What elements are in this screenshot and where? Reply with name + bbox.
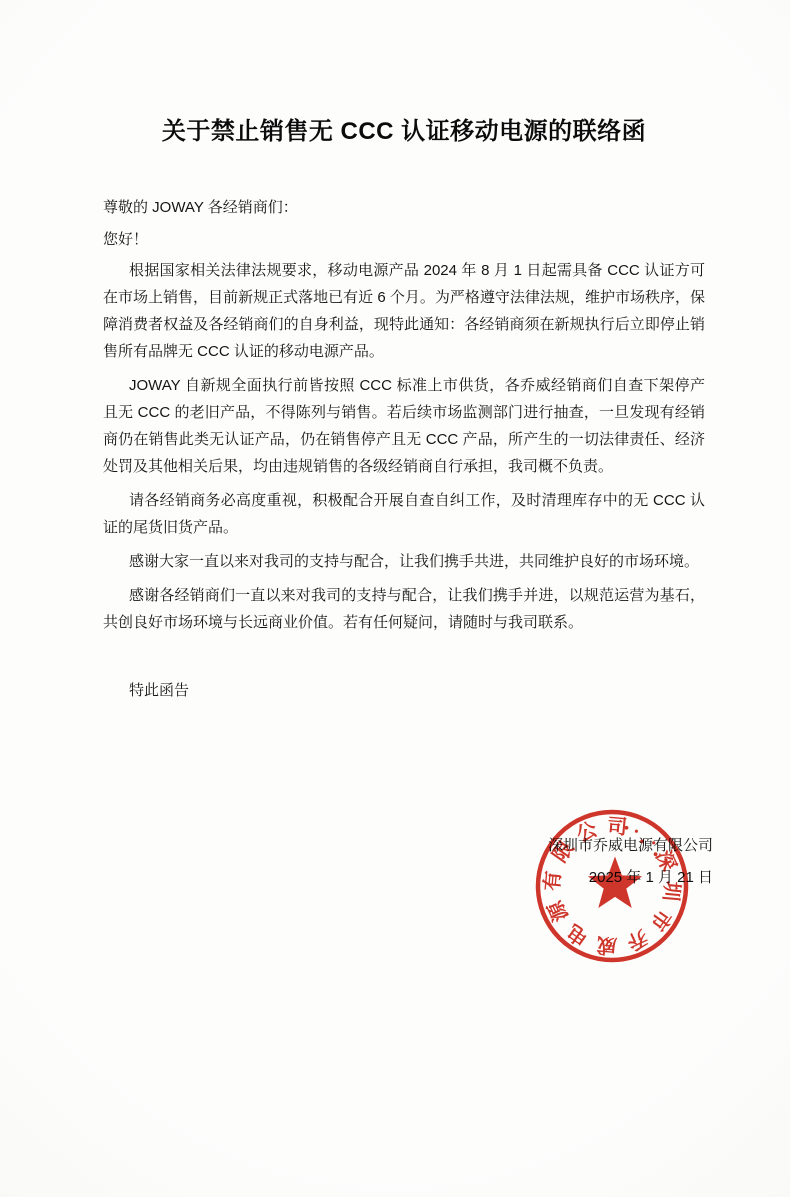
letter-title: 关于禁止销售无 CCC 认证移动电源的联络函 (103, 115, 705, 149)
signature-date: 2025 年 1 月 21 日 (103, 864, 713, 891)
svg-text:威: 威 (596, 933, 618, 959)
paragraph-2: JOWAY 自新规全面执行前皆按照 CCC 标准上市供货，各乔威经销商们自查下架… (103, 372, 705, 480)
paragraph-4: 感谢大家一直以来对我司的支持与配合，让我们携手共进，共同维护良好的市场环境。 (103, 548, 705, 575)
signature-block: 深圳市乔威电源有限公司 2025 年 1 月 21 日 (103, 832, 713, 891)
closing-phrase: 特此函告 (129, 677, 705, 704)
svg-text:电: 电 (563, 920, 593, 951)
letter-document: 关于禁止销售无 CCC 认证移动电源的联络函 尊敬的 JOWAY 各经销商们： … (0, 0, 790, 1197)
svg-text:乔: 乔 (623, 925, 652, 955)
svg-text:源: 源 (543, 896, 573, 925)
paragraph-1: 根据国家相关法律法规要求，移动电源产品 2024 年 8 月 1 日起需具备 C… (103, 257, 705, 365)
signature-company-name: 深圳市乔威电源有限公司 (103, 832, 713, 859)
paragraph-5: 感谢各经销商们一直以来对我司的支持与配合，让我们携手并进，以规范运营为基石，共创… (103, 582, 705, 636)
letter-body: 尊敬的 JOWAY 各经销商们： 您好！ 根据国家相关法律法规要求，移动电源产品… (103, 194, 705, 891)
svg-text:市: 市 (646, 905, 677, 935)
paragraph-3: 请各经销商务必高度重视，积极配合开展自查自纠工作，及时清理库存中的无 CCC 认… (103, 487, 705, 541)
greeting: 您好！ (103, 226, 705, 253)
salutation: 尊敬的 JOWAY 各经销商们： (103, 194, 705, 221)
